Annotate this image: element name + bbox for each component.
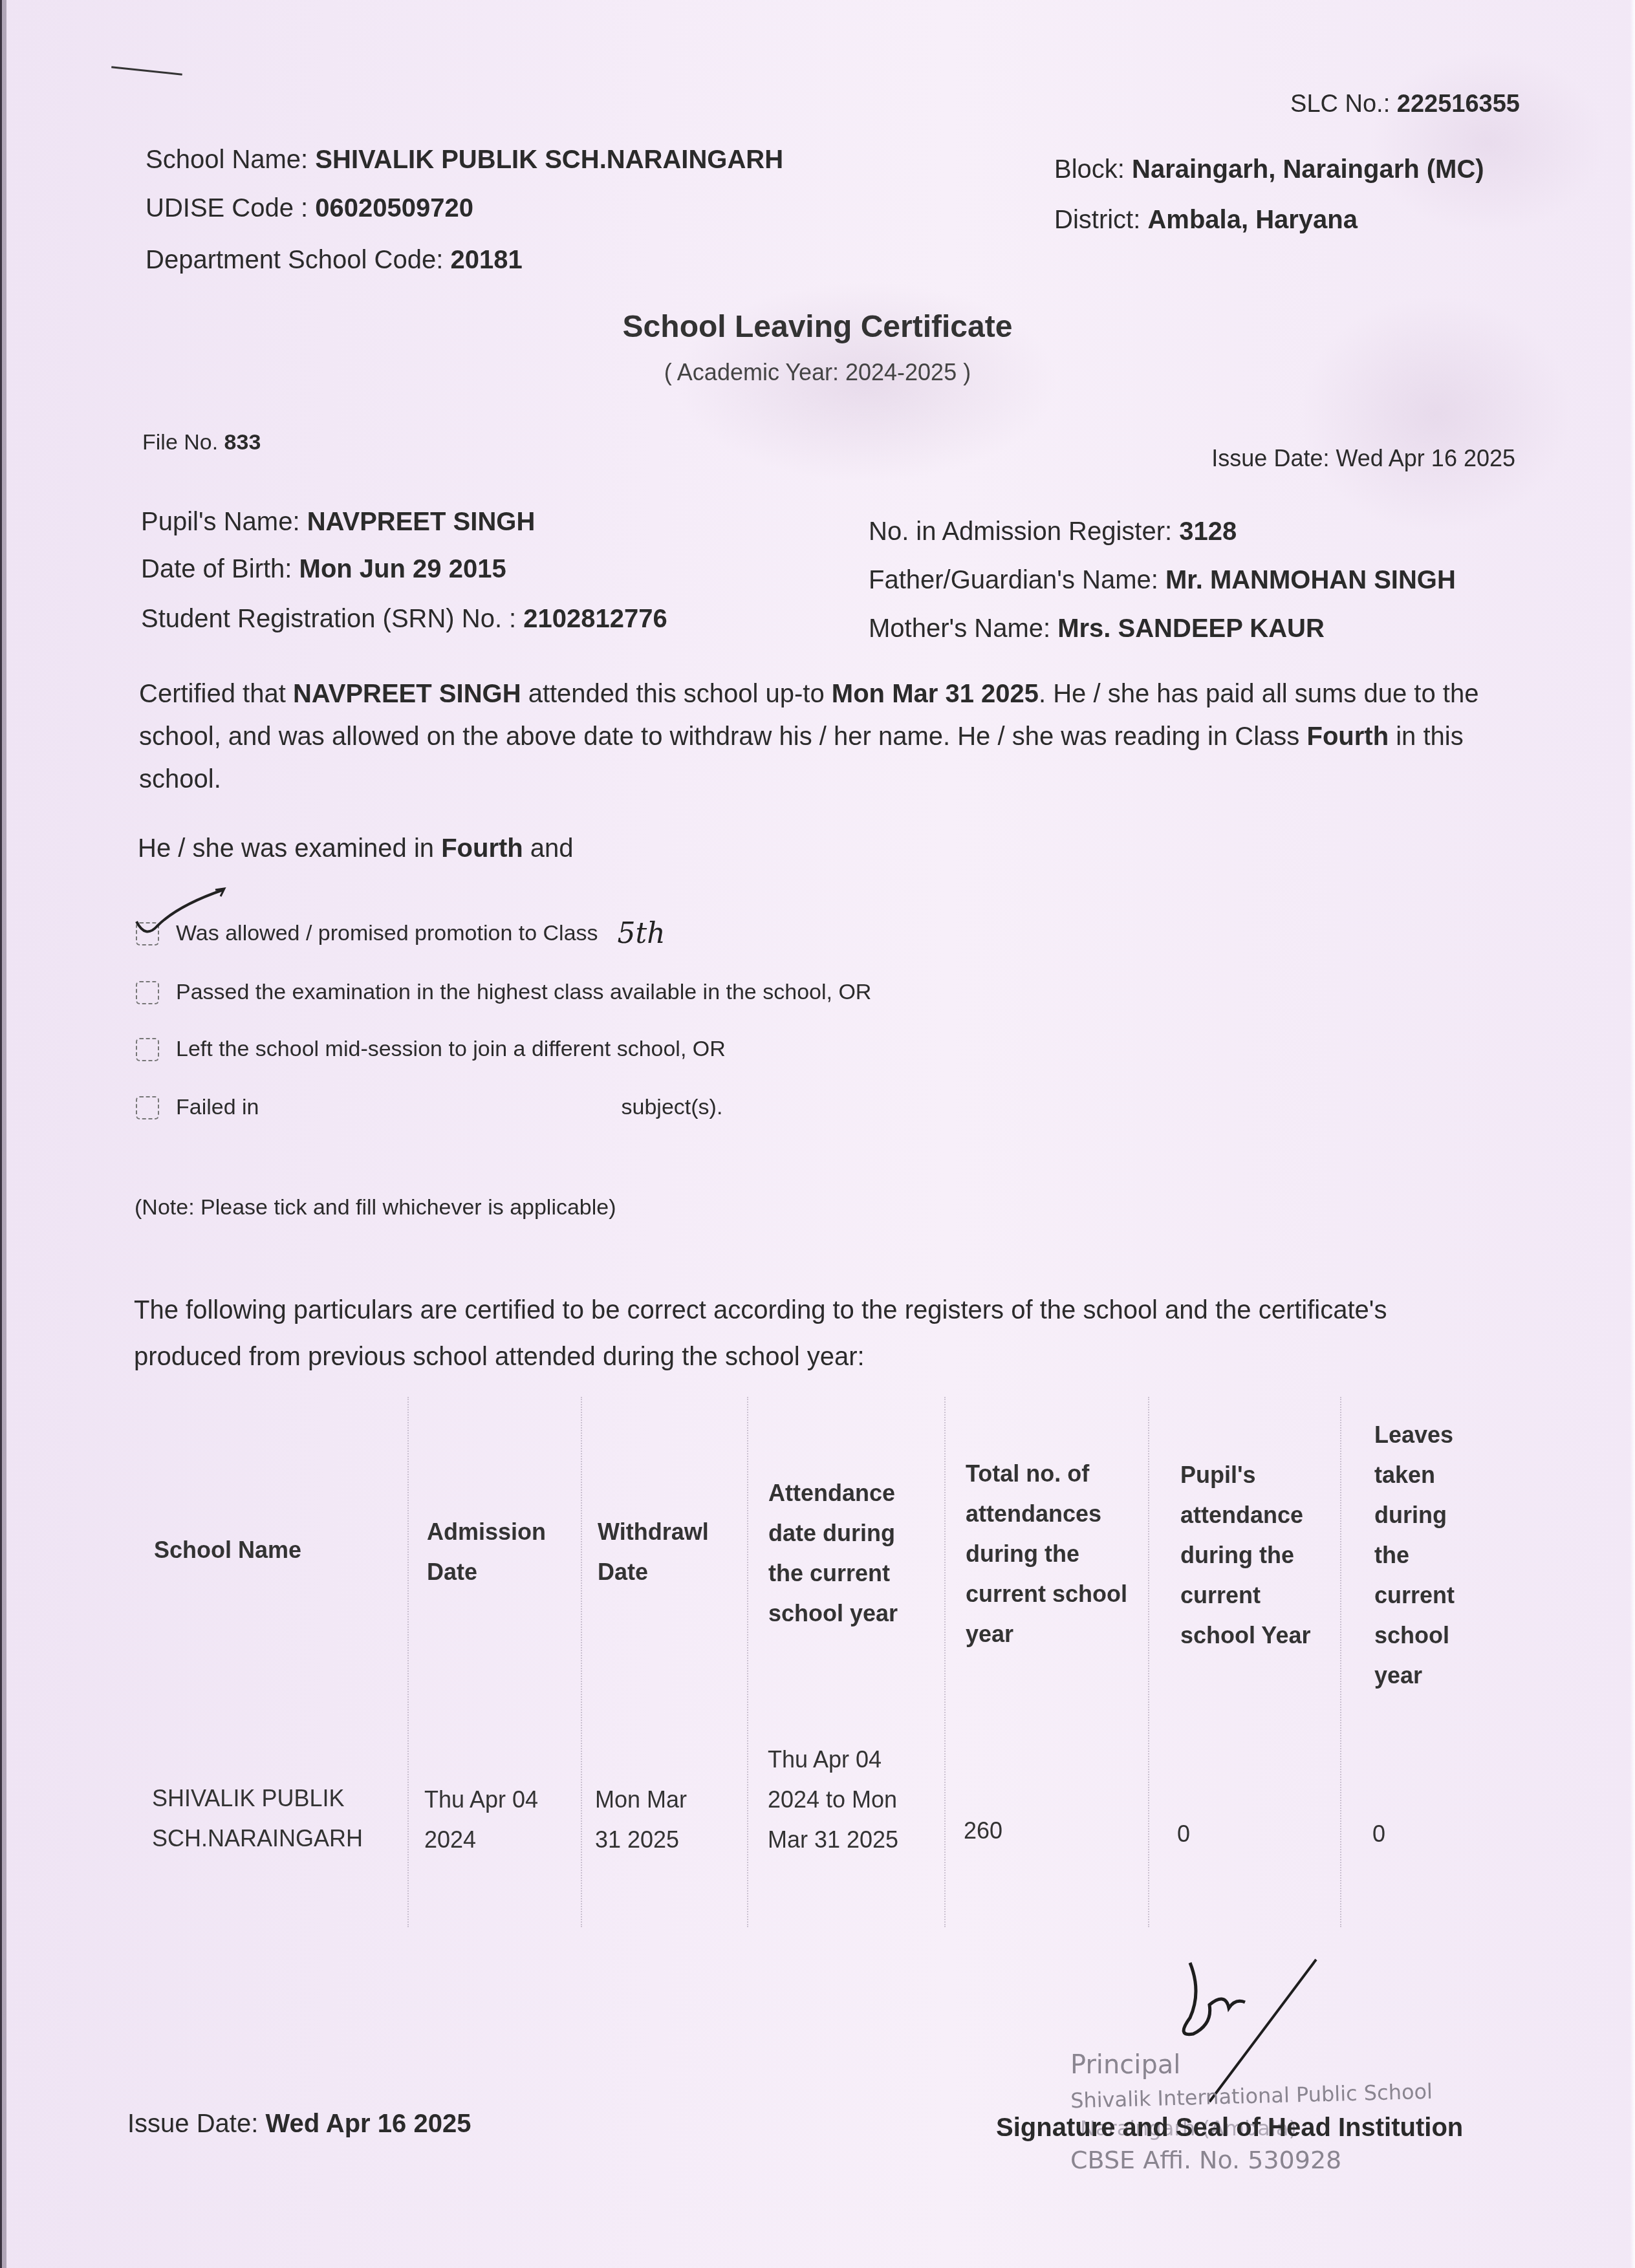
column-divider	[747, 1397, 748, 1927]
admission-register-field: No. in Admission Register: 3128	[869, 517, 1237, 546]
certificate-page: SLC No.: 222516355 School Name: SHIVALIK…	[0, 0, 1635, 2268]
slc-number: SLC No.: 222516355	[1290, 91, 1520, 118]
checkmark-icon	[133, 886, 236, 944]
option-passed-highest[interactable]: Passed the examination in the highest cl…	[136, 980, 871, 1005]
school-name-field: School Name: SHIVALIK PUBLIK SCH.NARAING…	[146, 146, 783, 175]
column-divider	[581, 1397, 582, 1927]
header-withdrawl-date: Withdrawl Date	[598, 1512, 740, 1592]
header-total-attendances: Total no. of attendances during the curr…	[966, 1454, 1147, 1654]
dept-school-code-field: Department School Code: 20181	[146, 246, 523, 275]
cell-leaves-taken: 0	[1372, 1814, 1450, 1854]
header-attendance-dates: Attendance date during the current schoo…	[768, 1473, 930, 1634]
header-leaves-taken: Leaves taken during the current school y…	[1374, 1415, 1471, 1696]
udise-code-field: UDISE Code : 06020509720	[146, 194, 473, 223]
stamp-school-name: Shivalik International Public School	[1070, 2079, 1433, 2113]
checkbox-left-mid-session[interactable]	[136, 1038, 159, 1061]
column-divider	[1148, 1397, 1149, 1927]
column-divider	[407, 1397, 409, 1927]
file-number: File No. 833	[142, 430, 261, 455]
particulars-intro: The following particulars are certified …	[134, 1287, 1460, 1380]
note-text: (Note: Please tick and fill whichever is…	[135, 1195, 616, 1220]
header-admission-date: Admission Date	[427, 1512, 569, 1592]
cell-admission-date: Thu Apr 04 2024	[424, 1780, 541, 1860]
cell-total-attendances: 260	[964, 1811, 1093, 1851]
certificate-title: School Leaving Certificate	[0, 309, 1635, 345]
father-name-field: Father/Guardian's Name: Mr. MANMOHAN SIN…	[869, 566, 1456, 595]
stamp-cbse-affiliation: CBSE Affi. No. 530928	[1070, 2146, 1341, 2174]
cell-withdrawl-date: Mon Mar 31 2025	[595, 1780, 711, 1860]
cell-pupil-attendance: 0	[1177, 1814, 1306, 1854]
header-school-name: School Name	[154, 1530, 400, 1570]
examined-line: He / she was examined in Fourth and	[138, 834, 574, 863]
checkbox-passed-highest[interactable]	[136, 981, 159, 1004]
date-of-birth-field: Date of Birth: Mon Jun 29 2015	[141, 555, 506, 584]
pupil-name-field: Pupil's Name: NAVPREET SINGH	[141, 508, 535, 537]
handwritten-class-value: 5th	[618, 917, 666, 950]
certification-paragraph: Certified that NAVPREET SINGH attended t…	[139, 673, 1530, 801]
cell-attendance-dates: Thu Apr 04 2024 to Mon Mar 31 2025	[768, 1740, 916, 1860]
column-divider	[944, 1397, 946, 1927]
mother-name-field: Mother's Name: Mrs. SANDEEP KAUR	[869, 614, 1325, 643]
district-field: District: Ambala, Haryana	[1054, 206, 1358, 235]
cell-school-name: SHIVALIK PUBLIK SCH.NARAINGARH	[152, 1778, 391, 1859]
stamp-principal: Principal	[1070, 2050, 1180, 2080]
header-pupil-attendance: Pupil's attendance during the current sc…	[1180, 1455, 1336, 1656]
checkbox-failed[interactable]	[136, 1096, 159, 1119]
option-failed[interactable]: Failed in subject(s).	[136, 1095, 722, 1120]
column-divider	[1340, 1397, 1341, 1927]
academic-year: ( Academic Year: 2024-2025 )	[0, 359, 1635, 386]
srn-field: Student Registration (SRN) No. : 2102812…	[141, 605, 667, 634]
issue-date-bottom: Issue Date: Wed Apr 16 2025	[127, 2110, 471, 2139]
block-field: Block: Naraingarh, Naraingarh (MC)	[1054, 155, 1484, 184]
pen-mark	[111, 66, 182, 75]
signature-seal-label: Signature and Seal of Head Institution	[996, 2113, 1463, 2143]
issue-date-top: Issue Date: Wed Apr 16 2025	[1211, 445, 1515, 472]
option-left-mid-session[interactable]: Left the school mid-session to join a di…	[136, 1037, 726, 1062]
